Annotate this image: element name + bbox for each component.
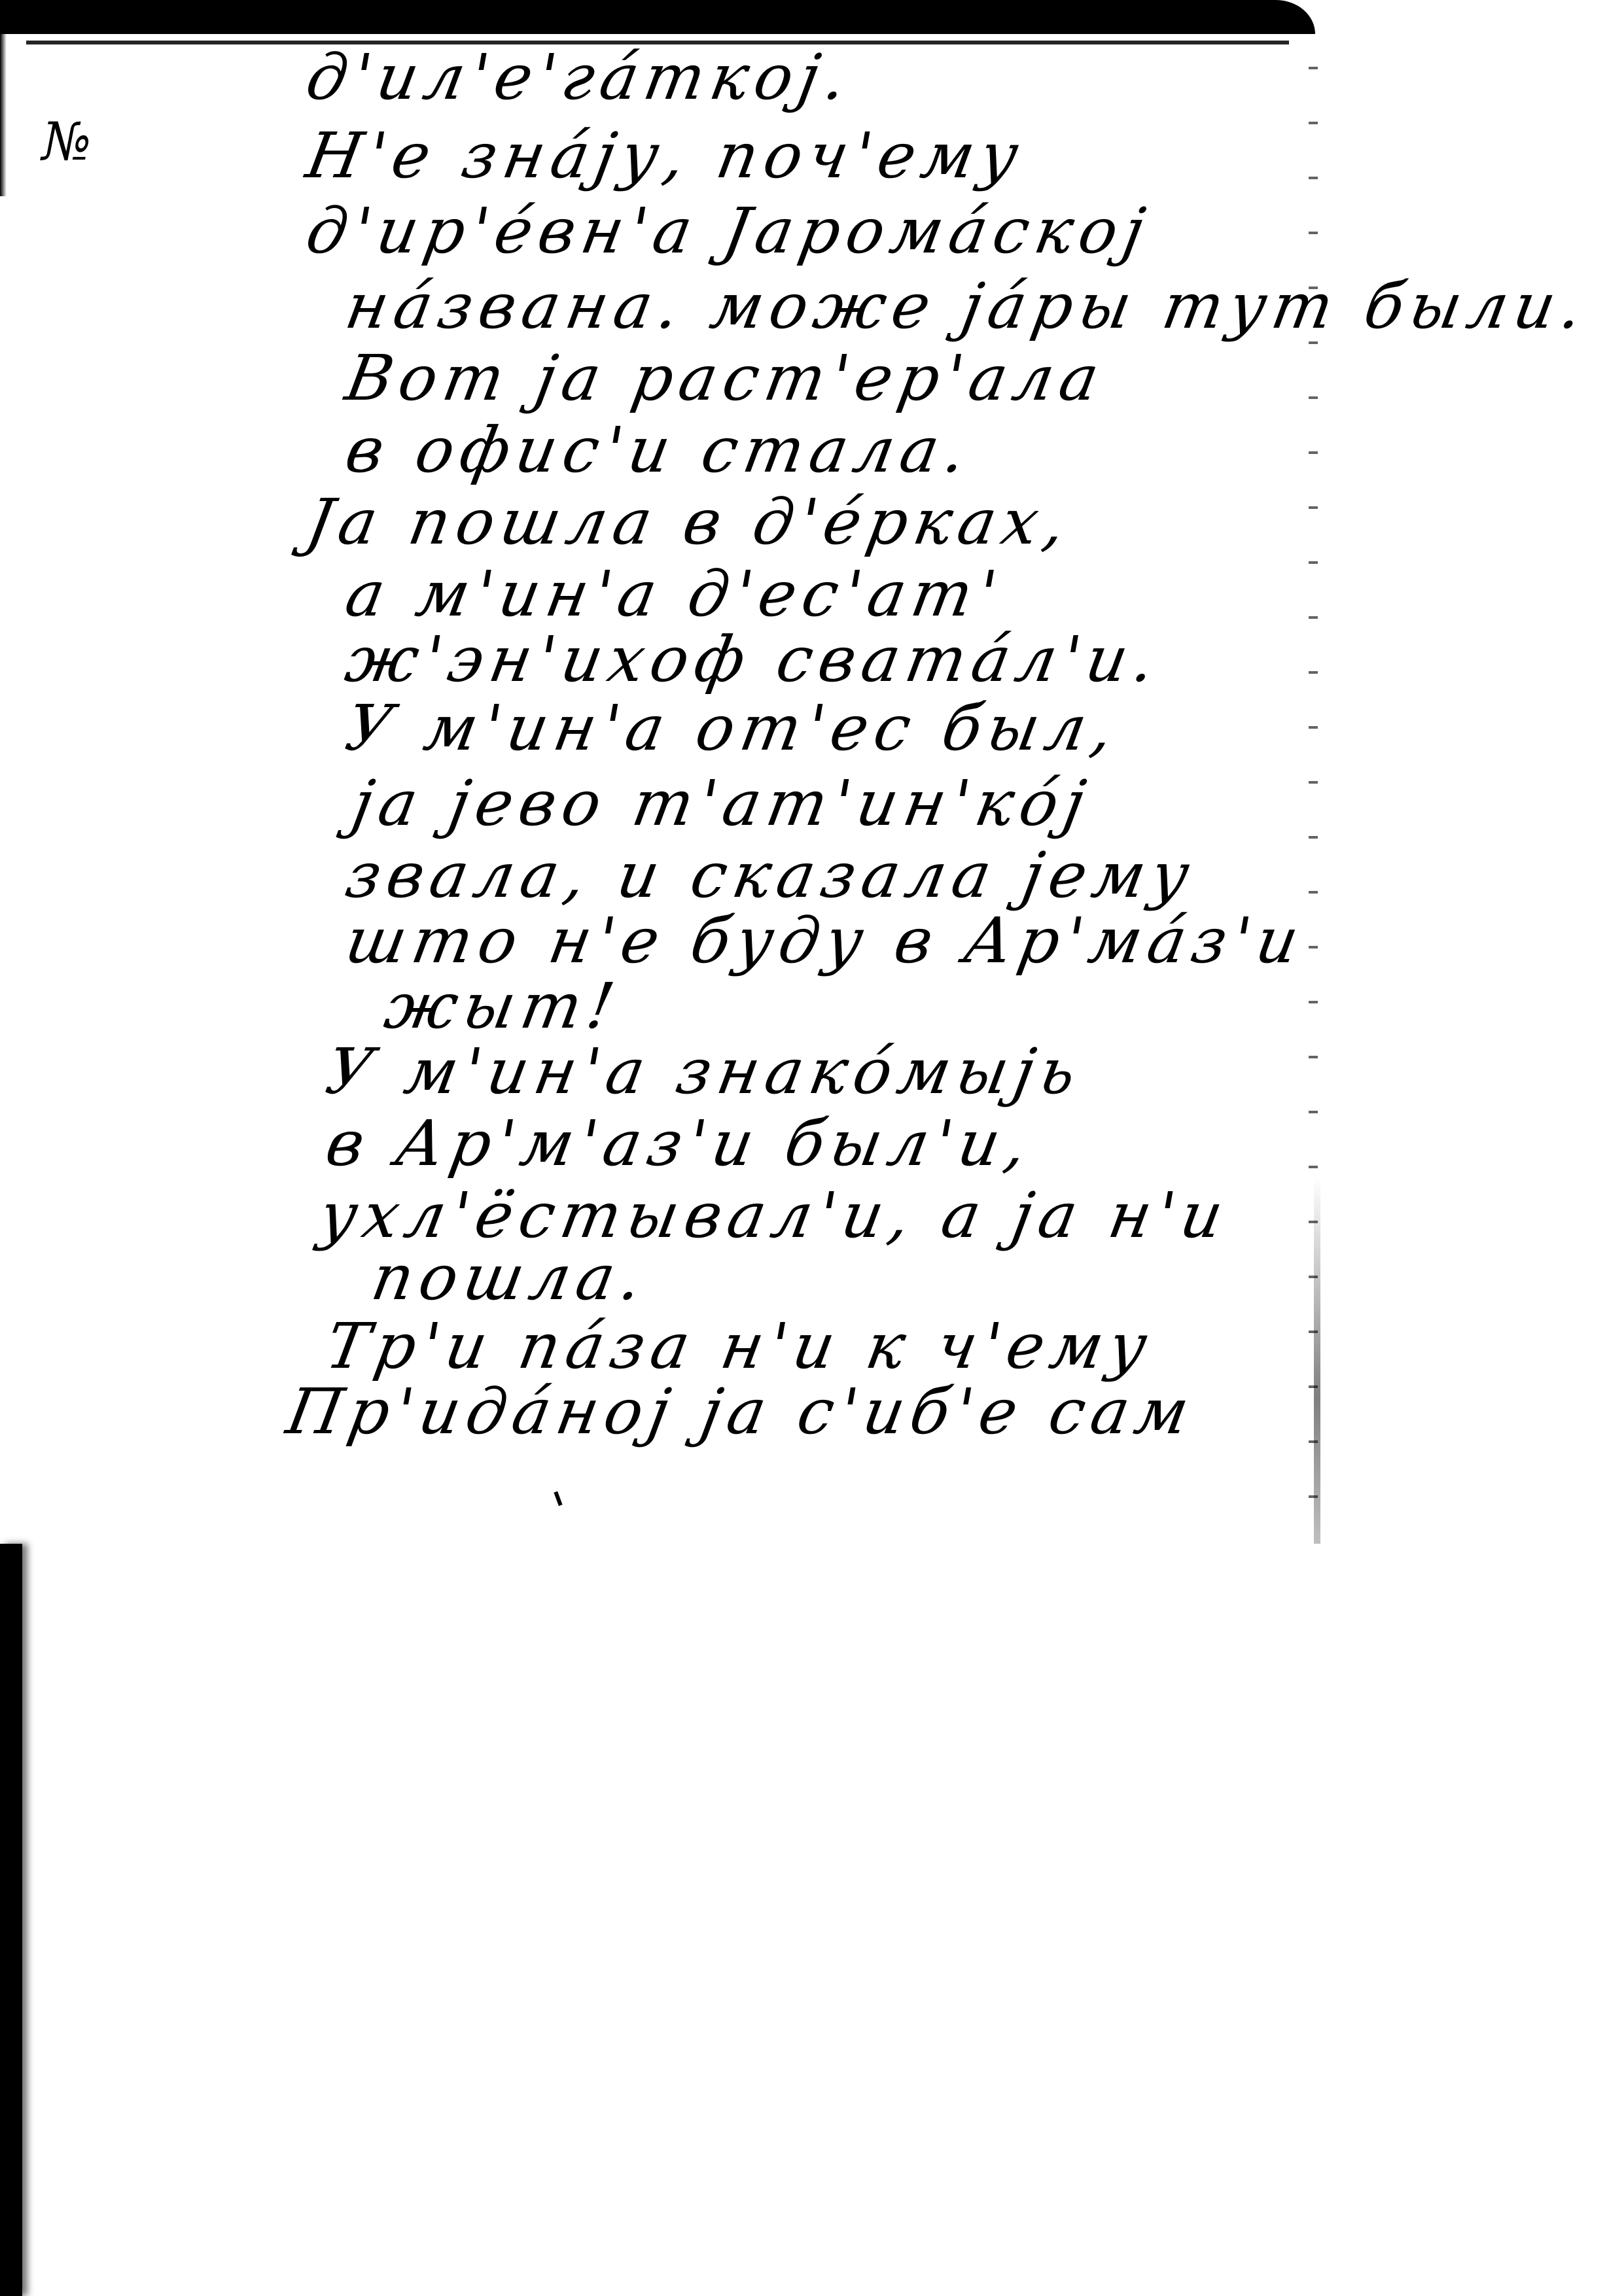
handwritten-line: Ја пошла в д'е́рках, — [302, 491, 1077, 553]
handwritten-line: Тр'и па́за н'и к ч'ему — [322, 1315, 1158, 1378]
handwritten-line: Вот ја раст'ер'ала — [342, 347, 1110, 409]
handwritten-line: ја јево т'ат'ин'ко́ј — [348, 772, 1097, 835]
scanned-page: № д'ил'е'га́ткој. Н'е зна́ју, поч'ему д'… — [0, 0, 1607, 2296]
handwritten-line: ухл'ёстывал'и, а ја н'и — [315, 1184, 1234, 1247]
handwritten-line: Н'е зна́ју, поч'ему — [302, 124, 1030, 187]
handwritten-line: на́звана. може ја́ры тут были. — [342, 275, 1594, 338]
handwritten-line: д'ил'е'га́ткој. — [302, 46, 858, 109]
handwritten-line: У м'ин'а знако́мыјь — [322, 1040, 1087, 1103]
handwritten-text: д'ил'е'га́ткој. Н'е зна́ју, поч'ему д'ир… — [0, 0, 1607, 1570]
handwritten-line: в офис'и стала. — [342, 419, 977, 481]
handwritten-line: а м'ин'а д'ес'ат' — [342, 563, 1008, 625]
handwritten-line: жыт! — [381, 975, 626, 1037]
handwritten-line: У м'ин'а от'ес был, — [342, 697, 1125, 759]
handwritten-line: ж'эн'ихоф свата́л'и. — [342, 628, 1166, 691]
handwritten-line: пошла. — [368, 1246, 653, 1309]
scan-left-black-strip — [0, 1544, 22, 2296]
handwritten-line: Пр'ида́ној ја с'иб'е сам — [283, 1380, 1200, 1443]
handwritten-line: в Ар'м'аз'и был'и, — [322, 1112, 1038, 1175]
handwritten-line: д'ир'е́вн'а Јарома́ској — [302, 200, 1156, 262]
handwritten-line: што н'е буду в Ар'ма́з'и — [342, 909, 1310, 972]
handwritten-line: звала, и сказала јему — [342, 844, 1201, 907]
